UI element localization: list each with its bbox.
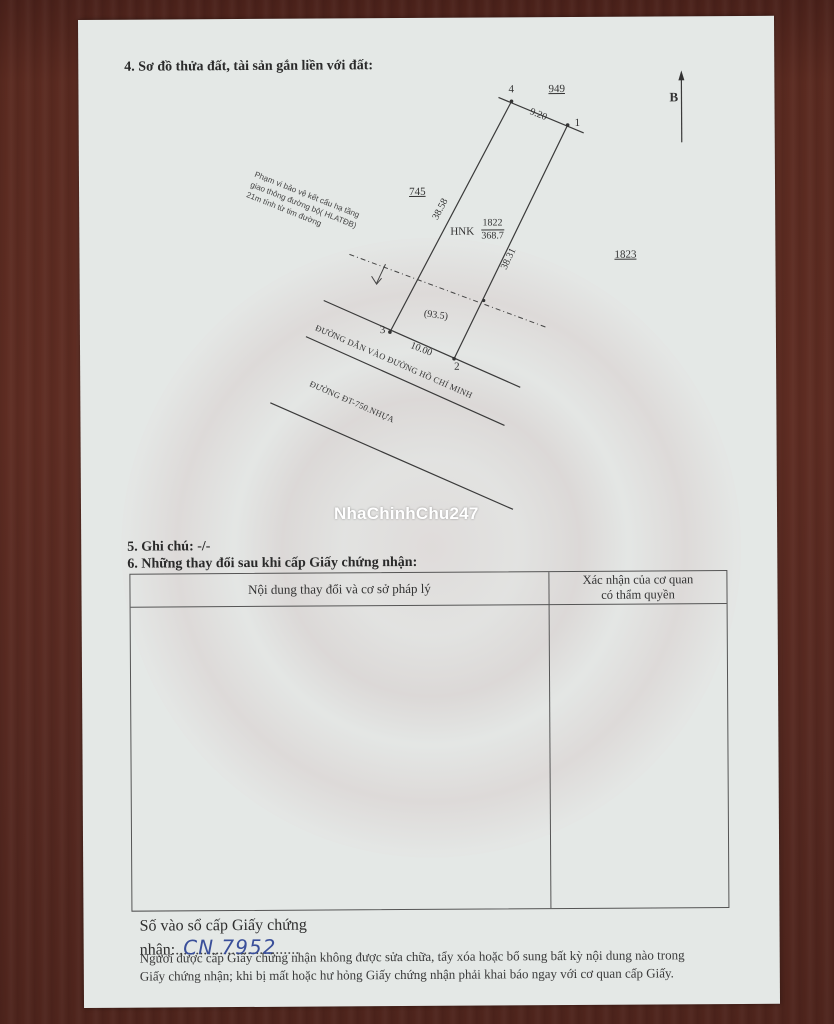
site-watermark: NhaChinhChu247 xyxy=(334,504,478,524)
table-column-divider xyxy=(548,572,551,908)
parcel-fraction: 1822 368.7 xyxy=(481,217,504,242)
table-header-divider xyxy=(131,603,727,608)
section-5-heading: 5. Ghi chú: -/- xyxy=(127,539,210,556)
vertex-2-label: 2 xyxy=(454,361,460,373)
table-header-changes: Nội dung thay đổi và cơ sở pháp lý xyxy=(130,580,548,599)
parcel-number: 1822 xyxy=(481,217,504,230)
section-6-heading: 6. Những thay đổi sau khi cấp Giấy chứng… xyxy=(127,555,417,573)
north-label: B xyxy=(669,90,678,103)
vertex-3-label: 3 xyxy=(380,324,386,336)
boundary-right xyxy=(453,125,569,359)
parcel-area: 368.7 xyxy=(481,230,504,242)
neighbor-parcel-1823: 1823 xyxy=(614,249,636,261)
vertex-1-label: 1 xyxy=(575,117,581,129)
neighbor-parcel-949: 949 xyxy=(548,83,565,95)
road-edge-2 xyxy=(306,335,505,426)
vertex-4-label: 4 xyxy=(508,83,514,95)
changes-table: Nội dung thay đổi và cơ sở pháp lý Xác n… xyxy=(129,570,729,912)
certificate-notice: Người được cấp Giấy chứng nhận không đượ… xyxy=(140,946,740,986)
land-use-code: HNK xyxy=(450,226,474,238)
table-header-confirmation: Xác nhận của cơ quan có thẩm quyền xyxy=(549,572,726,603)
neighbor-parcel-745: 745 xyxy=(409,186,426,198)
north-arrow-head xyxy=(678,70,684,80)
